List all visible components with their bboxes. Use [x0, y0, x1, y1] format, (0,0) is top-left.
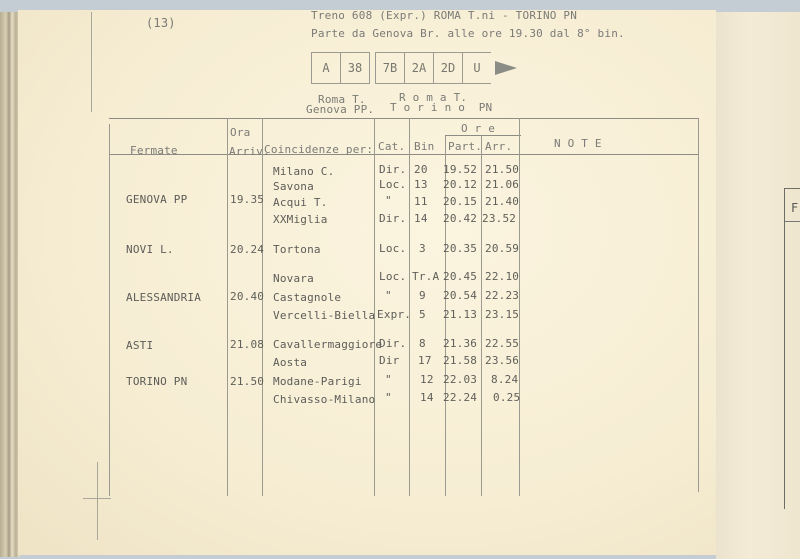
connection-part: 21.36: [443, 337, 477, 350]
connection-dest: Novara: [273, 272, 314, 285]
table-top-rule: [109, 118, 699, 119]
connection-arr: 22.10: [485, 270, 519, 283]
stop-name: GENOVA PP: [126, 193, 187, 206]
connection-dest: XXMiglia: [273, 213, 328, 226]
connection-part: 22.03: [443, 373, 477, 386]
car-box: 7B: [375, 52, 404, 84]
stop-name: ASTI: [126, 339, 153, 352]
connection-part: 20.45: [443, 270, 477, 283]
connection-bin: 14: [420, 391, 434, 404]
next-page-heading-fragment: F: [791, 201, 798, 215]
connection-bin: Tr.A: [412, 270, 439, 283]
composition-label-right-2: T o r i n o PN: [390, 101, 492, 114]
stop-arrival: 20.24: [230, 243, 264, 256]
connection-cat: ": [385, 289, 392, 302]
col-rule: [227, 118, 228, 496]
connection-dest: Savona: [273, 180, 314, 193]
connection-arr: 20.59: [485, 242, 519, 255]
connection-dest: Vercelli-Biella: [273, 309, 375, 322]
connection-dest: Cavallermaggiore: [273, 338, 382, 351]
stop-arrival: 21.08: [230, 338, 264, 351]
connection-arr: 23.52: [482, 212, 516, 225]
direction-arrow-icon: [495, 61, 517, 75]
connection-part: 21.58: [443, 354, 477, 367]
connection-part: 20.35: [443, 242, 477, 255]
connection-dest: Modane-Parigi: [273, 375, 362, 388]
connection-cat: Expr.: [377, 308, 411, 321]
connection-bin: 12: [420, 373, 434, 386]
connection-part: 21.13: [443, 308, 477, 321]
connection-bin: 8: [419, 337, 426, 350]
margin-rule: [91, 12, 92, 112]
connection-dest: Aosta: [273, 356, 307, 369]
col-rule: [698, 118, 699, 492]
connection-part: 19.52: [443, 163, 477, 176]
next-page-peek: F: [716, 12, 800, 559]
connection-bin: 13: [414, 178, 428, 191]
connection-cat: Dir.: [379, 337, 406, 350]
connection-part: 20.12: [443, 178, 477, 191]
connection-arr: 21.50: [485, 163, 519, 176]
header-ore: O r e: [461, 122, 495, 135]
stop-name: TORINO PN: [126, 375, 187, 388]
car-box: 2D: [433, 52, 462, 84]
connection-arr: 22.55: [485, 337, 519, 350]
col-rule: [481, 136, 482, 496]
connection-bin: 3: [419, 242, 426, 255]
ore-subheader-rule: [445, 135, 521, 136]
car-box: U: [462, 52, 491, 84]
connection-cat: Loc.: [379, 242, 406, 255]
table-header-rule: [109, 154, 699, 155]
col-rule: [109, 124, 110, 496]
composition-label-left-2: Genova PP.: [306, 103, 374, 116]
connection-cat: Dir.: [379, 163, 406, 176]
header-cat: Cat.: [378, 140, 405, 153]
connection-arr: 8.24: [491, 373, 518, 386]
header-part: Part.: [448, 140, 482, 153]
connection-bin: 14: [414, 212, 428, 225]
col-rule: [409, 118, 410, 496]
next-page-divider: [785, 221, 800, 222]
book-page-edges: [0, 12, 20, 557]
margin-rule-lower: [97, 462, 98, 540]
connection-cat: Loc.: [379, 178, 406, 191]
car-box: A: [311, 52, 340, 84]
header-arr: Arr.: [485, 140, 512, 153]
connection-dest: Milano C.: [273, 165, 334, 178]
page-number: (13): [146, 17, 176, 30]
connection-arr: 0.25: [493, 391, 520, 404]
car-box: 38: [340, 52, 370, 84]
header-note: N O T E: [554, 137, 602, 150]
stop-arrival: 21.50: [230, 375, 264, 388]
connection-arr: 21.40: [485, 195, 519, 208]
connection-bin: 9: [419, 289, 426, 302]
connection-part: 20.54: [443, 289, 477, 302]
connection-bin: 5: [419, 308, 426, 321]
stop-arrival: 20.40: [230, 290, 264, 303]
col-rule: [519, 118, 520, 496]
train-title: Treno 608 (Expr.) ROMA T.ni - TORINO PN: [311, 9, 577, 22]
connection-part: 22.24: [443, 391, 477, 404]
connection-cat: ": [385, 391, 392, 404]
stop-arrival: 19.35: [230, 193, 264, 206]
connection-bin: 11: [414, 195, 428, 208]
connection-arr: 23.15: [485, 308, 519, 321]
connection-cat: ": [385, 373, 392, 386]
header-bin: Bin: [414, 140, 434, 153]
header-ora: Ora: [230, 126, 250, 139]
connection-bin: 17: [418, 354, 432, 367]
connection-dest: Castagnole: [273, 291, 341, 304]
header-coincidenze: Coincidenze per:: [264, 143, 373, 156]
col-rule: [374, 118, 375, 496]
train-composition: A 38 7B 2A 2D U: [311, 52, 517, 84]
connection-cat: ": [385, 194, 392, 207]
connection-part: 20.15: [443, 195, 477, 208]
connection-bin: 20: [414, 163, 428, 176]
connection-dest: Acqui T.: [273, 196, 328, 209]
stop-name: NOVI L.: [126, 243, 174, 256]
col-rule: [262, 118, 263, 496]
header-fermate: Fermate: [130, 144, 178, 157]
margin-tick: [83, 498, 111, 499]
connection-dest: Tortona: [273, 243, 321, 256]
connection-cat: Dir.: [379, 212, 406, 225]
car-box: 2A: [404, 52, 433, 84]
connection-part: 20.42: [443, 212, 477, 225]
connection-arr: 23.56: [485, 354, 519, 367]
next-page-table-frame: F: [784, 188, 800, 509]
connection-arr: 21.06: [485, 178, 519, 191]
connection-arr: 22.23: [485, 289, 519, 302]
connection-dest: Chivasso-Milano: [273, 393, 375, 406]
departure-info: Parte da Genova Br. alle ore 19.30 dal 8…: [311, 27, 625, 40]
stop-name: ALESSANDRIA: [126, 291, 201, 304]
connection-cat: Dir: [379, 354, 399, 367]
connection-cat: Loc.: [379, 270, 406, 283]
